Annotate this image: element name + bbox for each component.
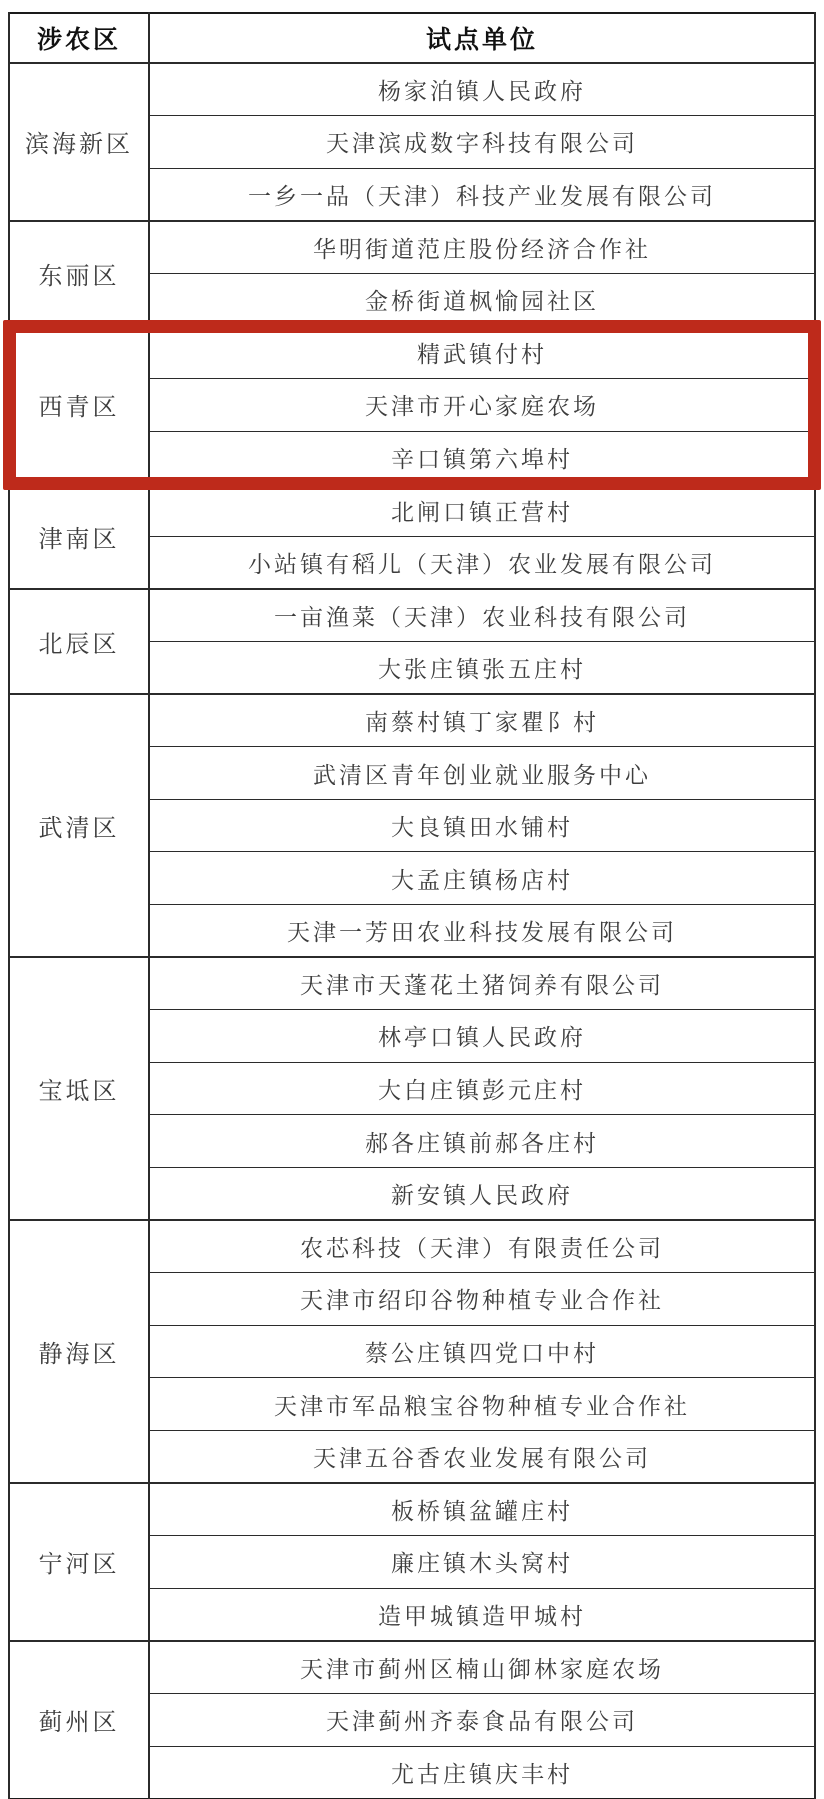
district-cell: 西青区	[9, 326, 149, 484]
unit-cell: 金桥街道枫愉园社区	[149, 273, 815, 326]
table-row: 西青区精武镇付村	[9, 326, 815, 379]
table-row: 滨海新区杨家泊镇人民政府	[9, 63, 815, 116]
column-header-district: 涉农区	[9, 13, 149, 63]
table-row: 武清区南蔡村镇丁家瞿阝村	[9, 694, 815, 747]
table-header-row: 涉农区 试点单位	[9, 13, 815, 63]
table-row: 宁河区板桥镇盆罐庄村	[9, 1483, 815, 1536]
unit-cell: 北闸口镇正营村	[149, 484, 815, 537]
column-header-unit: 试点单位	[149, 13, 815, 63]
district-cell: 东丽区	[9, 221, 149, 326]
district-cell: 宁河区	[9, 1483, 149, 1641]
district-cell: 武清区	[9, 694, 149, 957]
unit-cell: 大张庄镇张五庄村	[149, 642, 815, 695]
unit-cell: 农芯科技（天津）有限责任公司	[149, 1220, 815, 1273]
unit-cell: 蔡公庄镇四党口中村	[149, 1325, 815, 1378]
table-row: 东丽区华明街道范庄股份经济合作社	[9, 221, 815, 274]
page: 涉农区 试点单位 滨海新区杨家泊镇人民政府天津滨成数字科技有限公司一乡一品（天津…	[0, 0, 824, 1799]
unit-cell: 精武镇付村	[149, 326, 815, 379]
unit-cell: 造甲城镇造甲城村	[149, 1588, 815, 1641]
unit-cell: 天津一芳田农业科技发展有限公司	[149, 905, 815, 958]
table-row: 蓟州区天津市蓟州区楠山御林家庭农场	[9, 1641, 815, 1694]
unit-cell: 南蔡村镇丁家瞿阝村	[149, 694, 815, 747]
unit-cell: 天津市开心家庭农场	[149, 379, 815, 432]
unit-cell: 天津滨成数字科技有限公司	[149, 116, 815, 169]
table-row: 静海区农芯科技（天津）有限责任公司	[9, 1220, 815, 1273]
unit-cell: 一乡一品（天津）科技产业发展有限公司	[149, 168, 815, 221]
unit-cell: 大孟庄镇杨店村	[149, 852, 815, 905]
district-cell: 津南区	[9, 484, 149, 589]
unit-cell: 林亭口镇人民政府	[149, 1010, 815, 1063]
unit-cell: 大良镇田水铺村	[149, 799, 815, 852]
unit-cell: 尤古庄镇庆丰村	[149, 1746, 815, 1799]
unit-cell: 大白庄镇彭元庄村	[149, 1062, 815, 1115]
unit-cell: 郝各庄镇前郝各庄村	[149, 1115, 815, 1168]
unit-cell: 天津蓟州齐泰食品有限公司	[149, 1693, 815, 1746]
unit-cell: 一亩渔菜（天津）农业科技有限公司	[149, 589, 815, 642]
unit-cell: 武清区青年创业就业服务中心	[149, 747, 815, 800]
district-cell: 静海区	[9, 1220, 149, 1483]
table-row: 宝坻区天津市天蓬花土猪饲养有限公司	[9, 957, 815, 1010]
pilot-units-table: 涉农区 试点单位 滨海新区杨家泊镇人民政府天津滨成数字科技有限公司一乡一品（天津…	[8, 12, 816, 1799]
table-row: 津南区北闸口镇正营村	[9, 484, 815, 537]
unit-cell: 廉庄镇木头窝村	[149, 1536, 815, 1589]
unit-cell: 小站镇有稻儿（天津）农业发展有限公司	[149, 536, 815, 589]
unit-cell: 华明街道范庄股份经济合作社	[149, 221, 815, 274]
district-cell: 蓟州区	[9, 1641, 149, 1799]
unit-cell: 新安镇人民政府	[149, 1167, 815, 1220]
district-cell: 宝坻区	[9, 957, 149, 1220]
table-row: 北辰区一亩渔菜（天津）农业科技有限公司	[9, 589, 815, 642]
unit-cell: 天津市绍印谷物种植专业合作社	[149, 1273, 815, 1326]
unit-cell: 杨家泊镇人民政府	[149, 63, 815, 116]
district-cell: 滨海新区	[9, 63, 149, 221]
unit-cell: 天津市天蓬花土猪饲养有限公司	[149, 957, 815, 1010]
unit-cell: 辛口镇第六埠村	[149, 431, 815, 484]
unit-cell: 天津五谷香农业发展有限公司	[149, 1430, 815, 1483]
district-cell: 北辰区	[9, 589, 149, 694]
unit-cell: 天津市军品粮宝谷物种植专业合作社	[149, 1378, 815, 1431]
unit-cell: 板桥镇盆罐庄村	[149, 1483, 815, 1536]
unit-cell: 天津市蓟州区楠山御林家庭农场	[149, 1641, 815, 1694]
